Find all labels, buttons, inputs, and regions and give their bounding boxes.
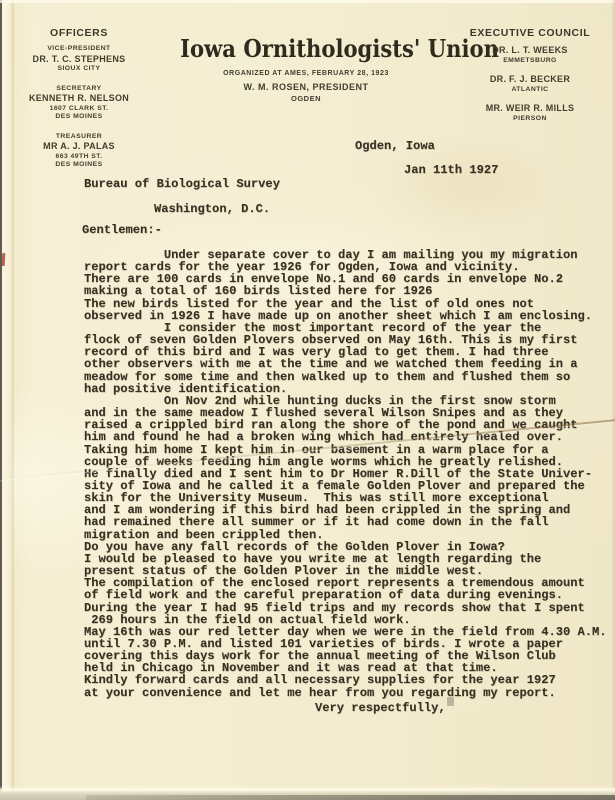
council-member-city: ATLANTIC: [459, 86, 601, 95]
council-member: DR. L. T. WEEKS EMMETSBURG: [459, 45, 601, 65]
closing-text: Very respectfully,: [315, 701, 446, 715]
officer-entry: TREASURER MR A. J. PALAS 663 49TH ST. DE…: [8, 133, 150, 170]
letter-body: Under separate cover to day I am mailing…: [84, 249, 607, 699]
organization-name: Iowa Ornithologists' Union: [180, 34, 432, 63]
letterhead-officers-column: OFFICERS VICE-PRESIDENT DR. T. C. STEPHE…: [8, 27, 150, 181]
salutation: Gentlemen:-: [82, 223, 162, 237]
scan-edge-left-dark: [0, 0, 2, 800]
council-member-city: EMMETSBURG: [459, 57, 601, 66]
organized-line: ORGANIZED AT AMES, FEBRUARY 28, 1923: [163, 70, 449, 77]
scan-edge-left-light: [2, 0, 14, 800]
officer-role: SECRETARY: [8, 85, 150, 92]
scan-edge-right: [611, 0, 615, 800]
officer-address: 663 49TH ST. DES MOINES: [8, 153, 150, 170]
ink-smudge: [447, 697, 454, 706]
letterhead-executive-council-column: EXECUTIVE COUNCIL DR. L. T. WEEKS EMMETS…: [459, 27, 601, 132]
officers-title: OFFICERS: [8, 27, 150, 39]
recipient-city: Washington, D.C.: [154, 202, 270, 216]
council-member-name: MR. WEIR R. MILLS: [459, 103, 601, 113]
dateline-date: Jan 11th 1927: [404, 163, 498, 177]
recipient-name: Bureau of Biological Survey: [84, 177, 280, 191]
officer-name: KENNETH R. NELSON: [8, 93, 150, 103]
officer-address: SIOUX CITY: [8, 65, 150, 74]
officer-address: 1607 CLARK ST. DES MOINES: [8, 105, 150, 122]
executive-council-title: EXECUTIVE COUNCIL: [459, 27, 601, 39]
closing-line: Very respectfully,: [315, 697, 454, 715]
council-member-name: DR. L. T. WEEKS: [459, 45, 601, 55]
officer-role: VICE-PRESIDENT: [8, 45, 150, 52]
council-member-name: DR. F. J. BECKER: [459, 74, 601, 84]
president-line: W. M. ROSEN, PRESIDENT: [163, 82, 449, 92]
council-member: DR. F. J. BECKER ATLANTIC: [459, 74, 601, 94]
officer-name: MR A. J. PALAS: [8, 141, 150, 151]
council-member: MR. WEIR R. MILLS PIERSON: [459, 103, 601, 123]
officer-entry: VICE-PRESIDENT DR. T. C. STEPHENS SIOUX …: [8, 45, 150, 74]
president-city: OGDEN: [163, 94, 449, 103]
council-member-city: PIERSON: [459, 115, 601, 124]
officer-role: TREASURER: [8, 133, 150, 140]
dateline-place: Ogden, Iowa: [355, 139, 435, 153]
scan-edge-bottom-shadow: [86, 795, 615, 800]
officer-entry: SECRETARY KENNETH R. NELSON 1607 CLARK S…: [8, 85, 150, 122]
scanned-letter-page: OFFICERS VICE-PRESIDENT DR. T. C. STEPHE…: [0, 0, 615, 800]
scan-edge-top: [0, 0, 615, 3]
officer-name: DR. T. C. STEPHENS: [8, 54, 150, 64]
